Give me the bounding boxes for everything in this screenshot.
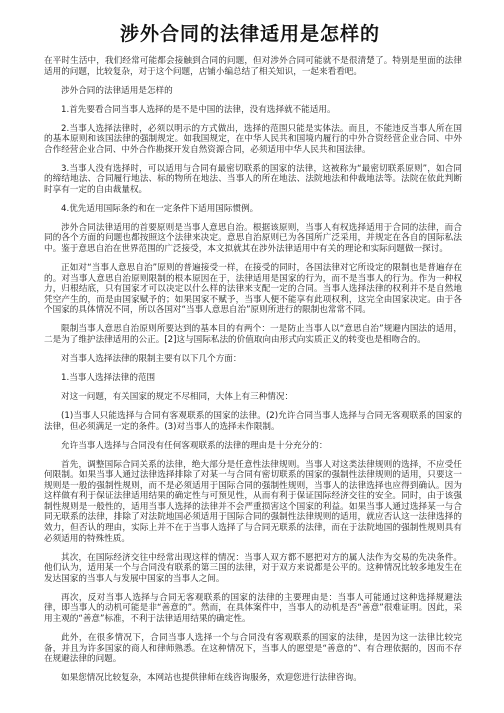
paragraph: 3.当事人没有选择时，可以适用与合同有最密切联系的国家的法律，这被称为“最密切联… [44, 164, 462, 196]
paragraph: 正如对“当事人意思自治”原则的普遍接受一样，在接受的同时，各国法律对它所设定的限… [44, 263, 462, 316]
paragraph: (1)当事人只能选择与合同有客观联系的国家的法律。(2)允许合同当事人选择与合同… [44, 411, 462, 432]
paragraph: 允许当事人选择与合同没有任何客观联系的法律的理由是十分充分的： [44, 441, 462, 452]
paragraph: 其次，在国际经济交往中经常出现这样的情况：当事人双方都不愿把对方的属人法作为交易… [44, 553, 462, 585]
intro-paragraph: 在平时生活中，我们经常可能都会接触到合同的问题，但对涉外合同可能就不是很清楚了。… [44, 56, 462, 77]
paragraph: 2.当事人选择法律时，必须以明示的方式做出，选择的范围只能是实体法。而且，不能违… [44, 124, 462, 156]
paragraph: 1.当事人选择法律的范围 [44, 373, 462, 384]
paragraph: 涉外合同法律适用的首要原则是当事人意思自治。根据该原则，当事人有权选择适用于合同… [44, 223, 462, 255]
page-title: 涉外合同的法律适用是怎样的 [38, 22, 462, 46]
paragraph: 4.优先适用国际条约和在一定条件下适用国际惯例。 [44, 204, 462, 215]
paragraph: 对当事人选择法律的限制主要有以下几个方面： [44, 354, 462, 365]
paragraph: 限制当事人意思自治原则所要达到的基本目的有两个：一是防止当事人以“意思自治”规避… [44, 324, 462, 345]
document-page: 涉外合同的法律适用是怎样的 在平时生活中，我们经常可能都会接触到合同的问题，但对… [44, 0, 462, 684]
closing-paragraph: 如果您情况比较复杂，本网站也提供律师在线咨询服务，欢迎您进行法律咨询。 [44, 673, 462, 684]
paragraph: 再次，反对当事人选择与合同无客观联系的国家的法律的主要理由是：当事人可能通过这种… [44, 593, 462, 625]
paragraph: 对这一问题，有关国家的规定不尽相同，大体上有三种情况： [44, 392, 462, 403]
section-heading: 涉外合同的法律适用是怎样的 [44, 86, 462, 97]
paragraph: 1.首先要看合同当事人选择的是不是中国的法律，没有选择就不能适用。 [44, 105, 462, 116]
paragraph: 此外，在很多情况下，合同当事人选择一个与合同没有客观联系的国家的法律，是因为这一… [44, 633, 462, 665]
paragraph: 首先，调整国际合同关系的法律，绝大部分是任意性法律规则。当事人对这类法律规则的选… [44, 460, 462, 545]
